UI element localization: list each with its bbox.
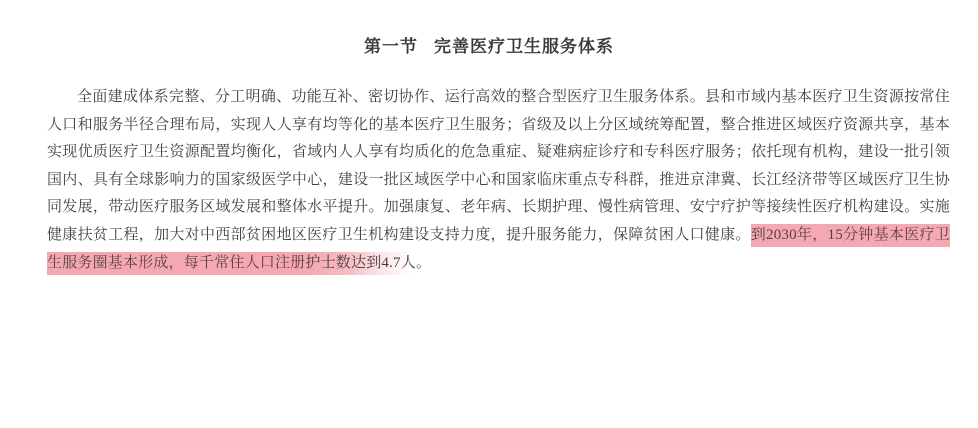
video-subtitle: 我们每千人口注册护士要达到4.7人 [0, 358, 978, 413]
document-page: 第一节完善医疗卫生服务体系 全面建成体系完整、分工明确、功能互补、密切协作、运行… [0, 0, 978, 428]
section-heading: 第一节完善医疗卫生服务体系 [0, 32, 978, 57]
highlighted-text-fading: 护士数达到4.7人。 [305, 252, 431, 275]
paragraph-text: 全面建成体系完整、分工明确、功能互补、密切协作、运行高效的整合型医疗卫生服务体系… [47, 89, 950, 243]
body-paragraph: 全面建成体系完整、分工明确、功能互补、密切协作、运行高效的整合型医疗卫生服务体系… [47, 84, 950, 277]
section-title: 完善医疗卫生服务体系 [434, 37, 614, 56]
section-number: 第一节 [364, 37, 418, 56]
